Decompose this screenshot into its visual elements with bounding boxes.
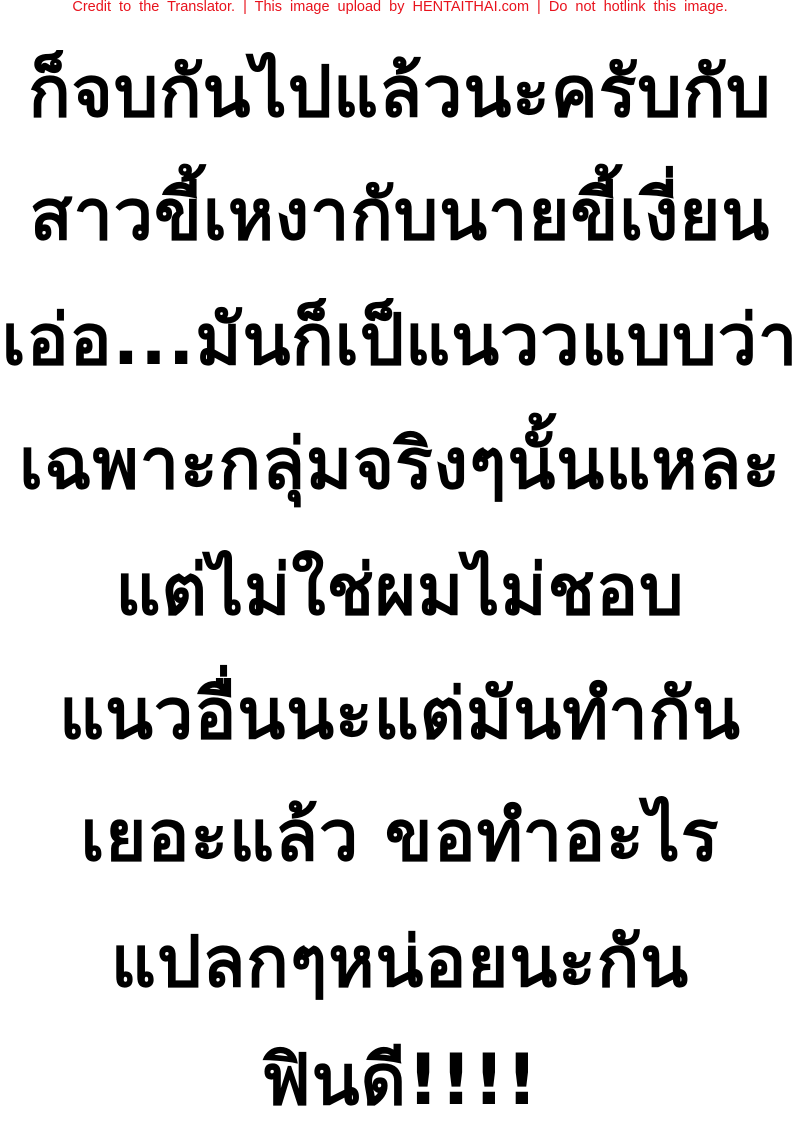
note-line-4: เฉพาะกลุ่มจริงๆนั้นแหละ bbox=[0, 414, 800, 514]
note-line-8: แปลกๆหน่อยนะกัน bbox=[0, 912, 800, 1012]
note-line-2: สาวขี้เหงากับนายขี้เงี่ยน bbox=[0, 165, 800, 265]
note-line-5: แต่ไม่ใช่ผมไม่ชอบ bbox=[0, 540, 800, 640]
translator-note-page: Credit to the Translator. | This image u… bbox=[0, 0, 800, 1146]
note-line-6: แนวอื่นนะแต่มันทำกัน bbox=[0, 664, 800, 764]
note-line-3: เอ่อ...มันก็เป็แนววแบบว่า bbox=[0, 290, 800, 390]
credit-banner: Credit to the Translator. | This image u… bbox=[0, 0, 800, 16]
note-line-1: ก็จบกันไปแล้วนะครับกับ bbox=[0, 42, 800, 142]
note-line-7: เยอะแล้ว ขอทำอะไร bbox=[0, 786, 800, 886]
note-line-9: ฟินดี!!!! bbox=[0, 1030, 800, 1130]
